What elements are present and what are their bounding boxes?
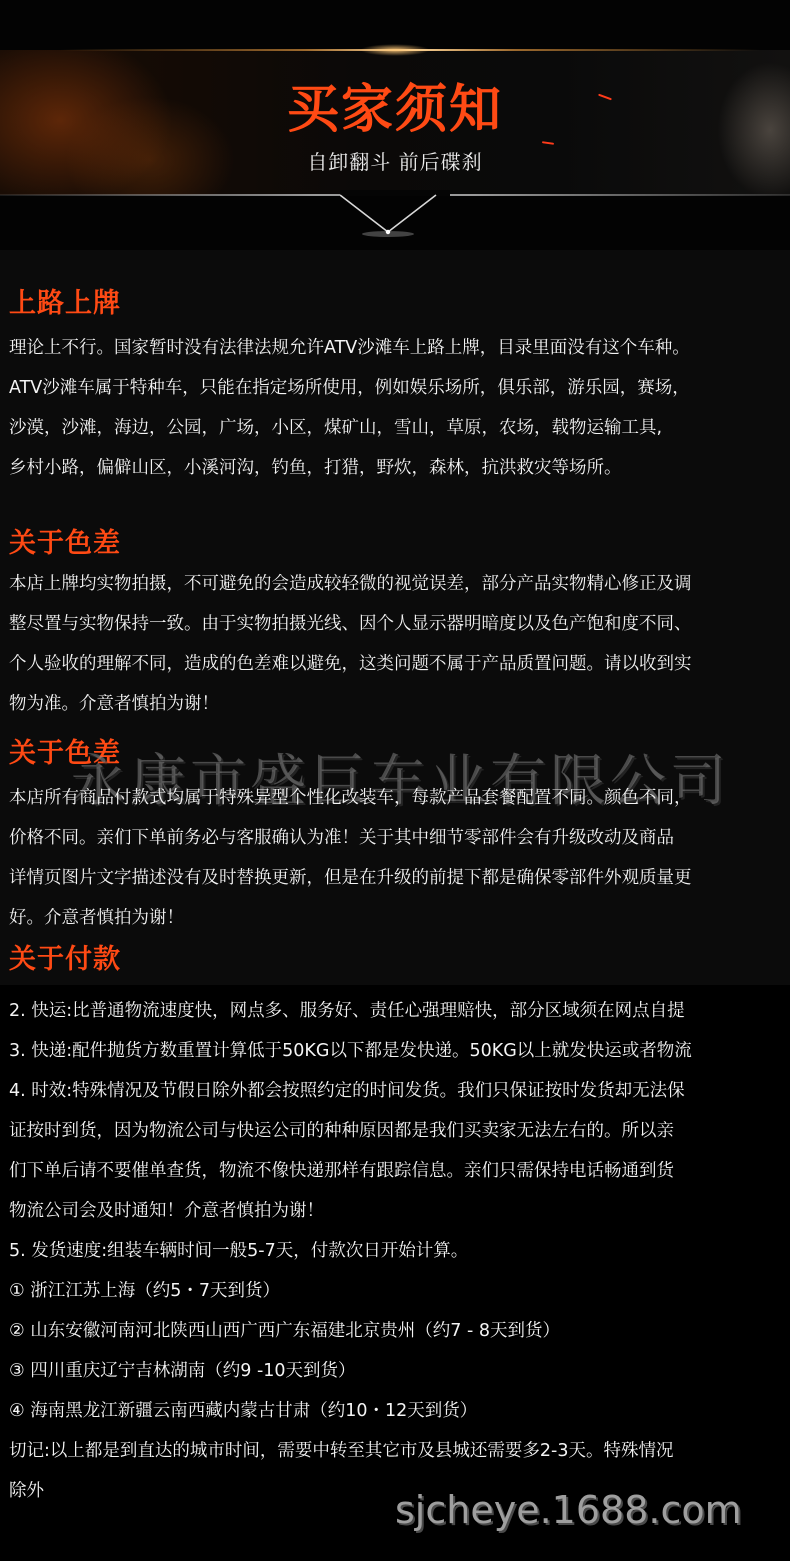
text-line: 物流公司会及时通知！介意者慎拍为谢！ [9,1191,789,1231]
section-body-registration: 理论上不行。国家暂时没有法律法规允许ATV沙滩车上路上牌，目录里面没有这个车种。… [9,328,789,488]
text-line: 4. 时效:特殊情况及节假日除外都会按照约定的时间发货。我们只保证按时发货却无法… [9,1071,789,1111]
section-heading-payment: 关于付款 [9,943,121,977]
text-line: 详情页图片文字描述没有及时替换更新，但是在升级的前提下都是确保零部件外观质量更 [9,858,789,898]
text-line: 理论上不行。国家暂时没有法律法规允许ATV沙滩车上路上牌，目录里面没有这个车种。 [9,328,789,368]
text-line: 5. 发货速度:组装车辆时间一般5-7天，付款次日开始计算。 [9,1231,789,1271]
text-line: 本店所有商品付款式均属于特殊异型个性化改装车，每款产品套餐配置不同。颜色不同， [9,778,789,818]
buyer-notice-page: 买家须知 自卸翻斗 前后碟刹 上路上牌 理论上不行。国家暂时没有法律法规允许AT… [0,0,790,1561]
text-line: 证按时到货，因为物流公司与快运公司的种种原因都是我们买卖家无法左右的。所以亲 [9,1111,789,1151]
down-arrow-notch-icon [340,190,450,240]
text-line: 物为准。介意者慎拍为谢！ [9,684,789,724]
section-body-color-difference: 本店上牌均实物拍摄，不可避免的会造成较轻微的视觉误差，部分产品实物精心修正及调 … [9,564,789,724]
text-line: 价格不同。亲们下单前务必与客服确认为准！关于其中细节零部件会有升级改动及商品 [9,818,789,858]
section-body-payment: 2. 快运:比普通物流速度快，网点多、服务好、责任心强理赔快，部分区域须在网点自… [9,991,789,1511]
banner-subtitle: 自卸翻斗 前后碟刹 [0,148,790,176]
text-line: ATV沙滩车属于特种车，只能在指定场所使用，例如娱乐场所，俱乐部，游乐园，赛场， [9,368,789,408]
text-line: 好。介意者慎拍为谢！ [9,898,789,938]
text-line: 本店上牌均实物拍摄，不可避免的会造成较轻微的视觉误差，部分产品实物精心修正及调 [9,564,789,604]
banner-glow-spark [360,44,430,56]
text-line: ① 浙江江苏上海（约5・7天到货） [9,1271,789,1311]
text-line: ③ 四川重庆辽宁吉林湖南（约9 -10天到货） [9,1351,789,1391]
text-line: 2. 快运:比普通物流速度快，网点多、服务好、责任心强理赔快，部分区域须在网点自… [9,991,789,1031]
text-line: 3. 快递:配件抛货方数重置计算低于50KG以下都是发快递。50KG以上就发快运… [9,1031,789,1071]
text-line: ② 山东安徽河南河北陕西山西广西广东福建北京贵州（约7 - 8天到货） [9,1311,789,1351]
section-body-customization: 本店所有商品付款式均属于特殊异型个性化改装车，每款产品套餐配置不同。颜色不同， … [9,778,789,938]
banner: 买家须知 自卸翻斗 前后碟刹 [0,0,790,250]
section-heading-color-difference: 关于色差 [9,527,121,561]
text-line: ④ 海南黑龙江新疆云南西藏内蒙古甘肃（约10・12天到货） [9,1391,789,1431]
text-line: 乡村小路，偏僻山区，小溪河沟，钓鱼，打猎，野炊，森林，抗洪救灾等场所。 [9,448,789,488]
url-watermark: sjcheye.1688.com [395,1488,742,1532]
section-heading-customization: 关于色差 [9,737,121,771]
text-line: 整尽置与实物保持一致。由于实物拍摄光线、因个人显示器明暗度以及色产饱和度不同、 [9,604,789,644]
text-line: 们下单后请不要催单查货，物流不像快递那样有跟踪信息。亲们只需保持电话畅通到货 [9,1151,789,1191]
text-line: 切记:以上都是到直达的城市时间，需要中转至其它市及县城还需要多2-3天。特殊情况 [9,1431,789,1471]
section-heading-registration: 上路上牌 [9,287,121,321]
text-line: 个人验收的理解不同，造成的色差难以避免，这类问题不属于产品质置问题。请以收到实 [9,644,789,684]
banner-title: 买家须知 [0,80,790,140]
text-line: 沙漠，沙滩，海边，公园，广场，小区，煤矿山，雪山，草原，农场，载物运输工具, [9,408,789,448]
